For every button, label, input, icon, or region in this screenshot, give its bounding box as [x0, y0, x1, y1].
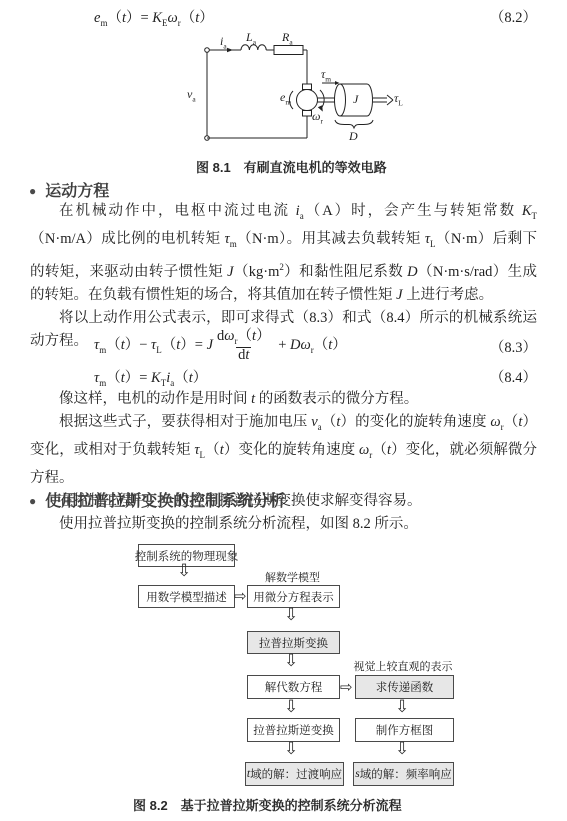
annotation-solve-model: 解数学模型	[247, 569, 338, 585]
flow-box-math-model: 用数学模型描述	[138, 585, 235, 608]
paragraph-differential: 像这样，电机的动作是用时间 t 的函数表示的微分方程。	[30, 388, 537, 411]
current-arrow-icon	[227, 48, 233, 52]
section-title: 使用拉普拉斯变换的控制系统分析	[45, 493, 285, 510]
right-arrow-icon: ⇨	[234, 588, 247, 605]
equation-8-2-number: （8.2）	[490, 6, 537, 27]
figure-8-1-circuit-diagram: ia La Ra va em τm ωr J D τL	[186, 38, 411, 152]
section-title: 运动方程	[45, 183, 109, 200]
paragraph-block-3: 使用拉普拉斯变换的控制系统分析流程，如图 8.2 所示。	[30, 513, 537, 536]
equation-8-3-body: τm（t）− τL（t）= Jdωr（t）dt + Dωr（t）	[94, 329, 490, 363]
down-arrow-icon: ⇩	[395, 699, 409, 716]
paragraph-solve: 根据这些式子，要获得相对于施加电压 va（t）的变化的旋转角速度 ωr（t）变化…	[30, 411, 537, 490]
label-load-torque: τL	[394, 91, 403, 110]
label-armature-voltage: va	[187, 87, 196, 106]
equation-8-3-number: （8.3）	[490, 336, 537, 357]
down-arrow-icon: ⇩	[284, 653, 298, 670]
flow-box-algebraic-equation: 解代数方程	[247, 675, 340, 699]
section-bullet-icon: ●	[29, 184, 36, 198]
equation-8-4: τm（t）= KTia（t） （8.4）	[30, 366, 537, 388]
right-arrow-icon: ⇨	[340, 679, 353, 696]
section-header-motion-equation: ●运动方程	[29, 178, 109, 201]
paragraph-laplace-intro: 使用拉普拉斯变换的控制系统分析流程，如图 8.2 所示。	[30, 513, 537, 536]
label-armature-current: ia	[220, 34, 227, 53]
label-back-emf: em	[280, 90, 291, 109]
equation-8-4-number: （8.4）	[490, 366, 537, 387]
down-arrow-icon: ⇩	[395, 741, 409, 758]
equation-8-2: em（t）= KEωr（t） （8.2）	[30, 6, 537, 28]
label-motor-torque: τm	[321, 67, 331, 86]
label-inertia: J	[353, 92, 358, 106]
label-inductance: La	[246, 30, 256, 49]
figure-8-2-caption: 图 8.2 基于拉普拉斯变换的控制系统分析流程	[133, 795, 402, 814]
figure-8-2-flowchart: 控制系统的物理现象 ⇩ 用数学模型描述 ⇨ 解数学模型 用微分方程表示 ⇩ 拉普…	[0, 540, 567, 792]
textbook-page: em（t）= KEωr（t） （8.2）	[0, 0, 567, 821]
flow-box-s-domain-solution: s域的解：频率响应	[353, 762, 454, 786]
figure-8-1-caption: 图 8.1 有刷直流电机的等效电路	[196, 157, 387, 176]
label-angular-velocity: ωr	[312, 109, 323, 128]
section-bullet-icon: ●	[29, 494, 36, 508]
down-arrow-icon: ⇩	[284, 607, 298, 624]
equation-8-3: τm（t）− τL（t）= Jdωr（t）dt + Dωr（t） （8.3）	[30, 328, 537, 364]
down-arrow-icon: ⇩	[284, 699, 298, 716]
equation-8-2-body: em（t）= KEωr（t）	[94, 6, 490, 28]
section-header-laplace-analysis: ●使用拉普拉斯变换的控制系统分析	[29, 488, 285, 511]
flow-box-t-domain-solution: t域的解：过渡响应	[245, 762, 344, 786]
circuit-svg	[186, 38, 411, 152]
annotation-visual: 视觉上较直观的表示	[352, 658, 454, 674]
equation-8-4-body: τm（t）= KTia（t）	[94, 366, 490, 388]
label-resistance: Ra	[282, 30, 293, 49]
label-damping: D	[349, 129, 358, 143]
flow-box-transfer-function: 求传递函数	[355, 675, 454, 699]
paragraph-mechanics: 在机械动作中，电枢中流过电流 ia（A）时，会产生与转矩常数 KT（N·m/A）…	[30, 200, 537, 307]
down-arrow-icon: ⇩	[284, 741, 298, 758]
down-arrow-icon: ⇩	[177, 563, 191, 580]
